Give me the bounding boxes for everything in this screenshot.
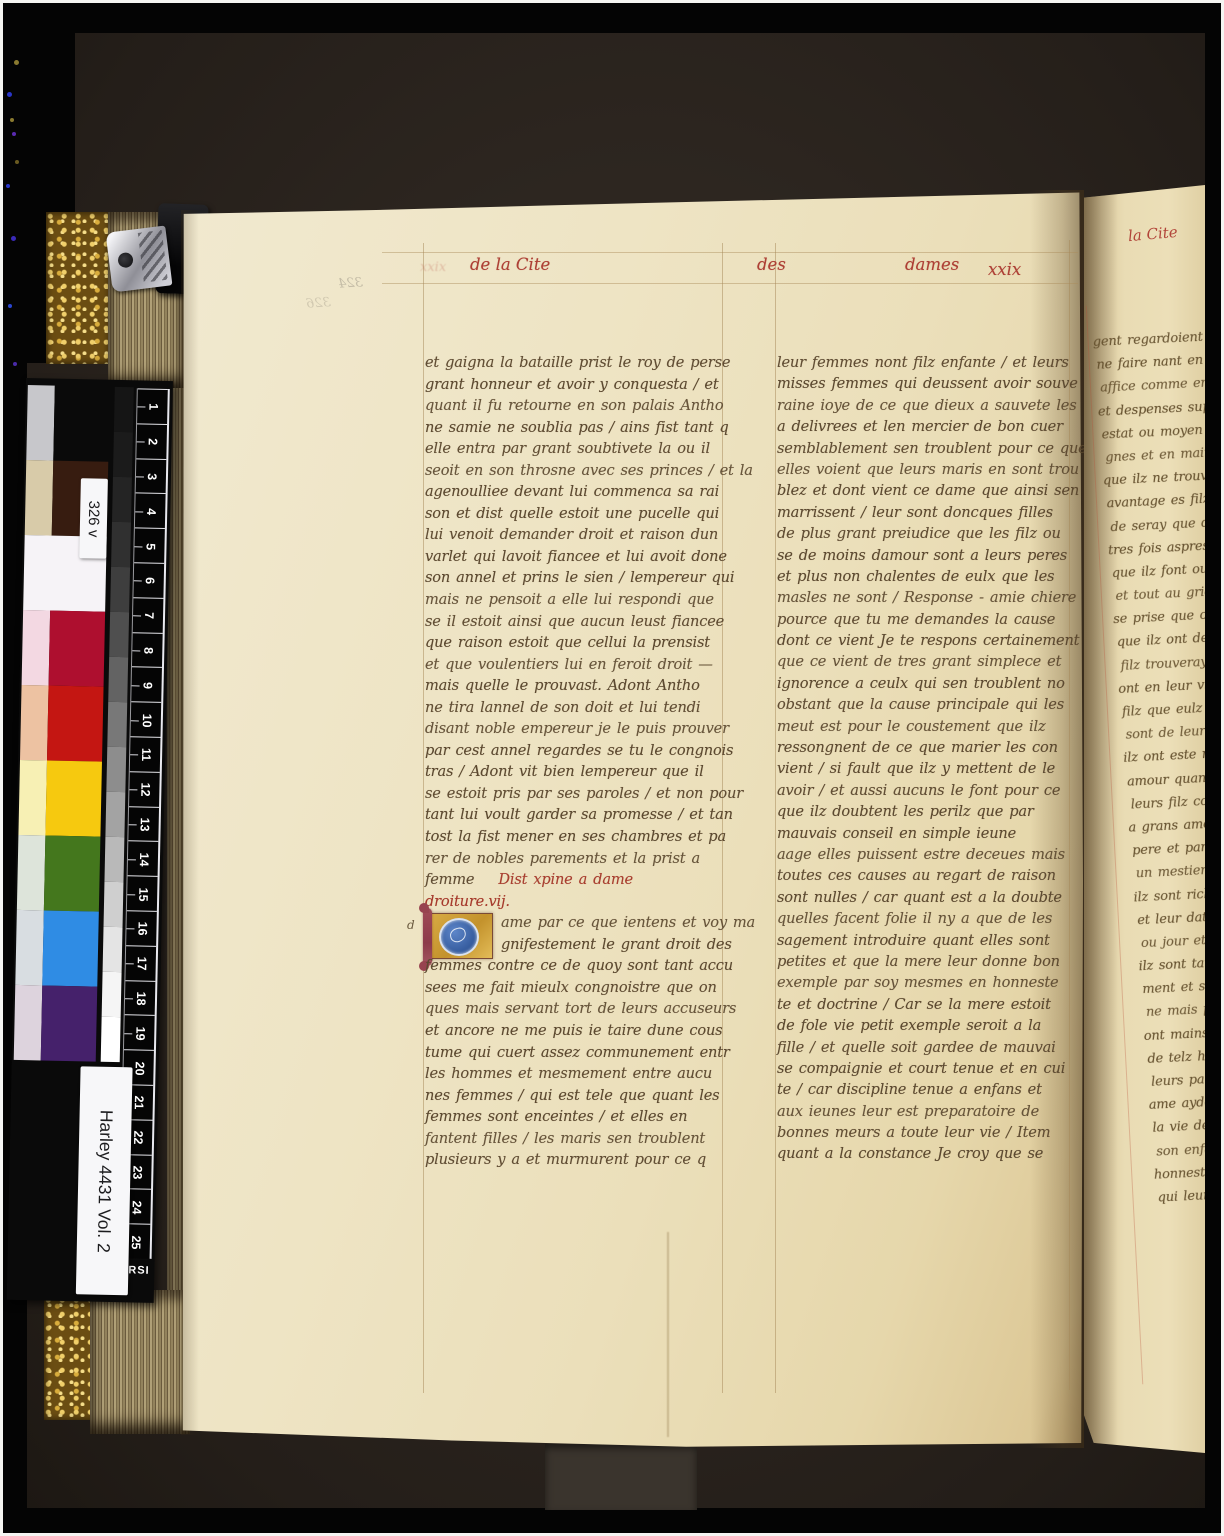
ruler-number: 12 <box>138 779 152 801</box>
ruler-cell: 18 <box>125 980 156 1016</box>
shelfmark-sticker: Harley 4431 Vol. 2 <box>76 1066 133 1295</box>
manuscript-line: semblablement sen troublent pour ce que <box>777 438 1077 459</box>
manuscript-line: sees me fait mieulx congnoistre que on <box>425 977 725 999</box>
ruling-line-col1-left <box>423 243 424 1393</box>
rubric-line: femmeDist xpine a dame <box>425 869 725 891</box>
parchment-crease <box>667 1232 669 1437</box>
manuscript-line: mais quelle le prouvast. Adont Antho <box>425 675 725 697</box>
film-speck <box>7 92 12 97</box>
manuscript-line: femmes sont enceintes / et elles en <box>425 1106 725 1128</box>
manuscript-line: tras / Adont vit bien lempereur que il <box>425 761 725 783</box>
ruling-line-col2-left <box>775 243 776 1393</box>
grayscale-step <box>113 432 133 477</box>
ruler-number: 24 <box>129 1196 143 1218</box>
ruler-number: 3 <box>145 465 159 487</box>
manuscript-line: aux ieunes leur est preparatoire de <box>777 1101 1077 1122</box>
facing-running-header: la Cite <box>1127 223 1178 245</box>
ruler-number: 11 <box>139 744 153 766</box>
manuscript-line: que ce vient de tres grant simplece et <box>777 651 1077 672</box>
ruler-cell: 14 <box>128 841 159 877</box>
color-patch-row <box>26 385 110 462</box>
ruler-number: 20 <box>132 1057 146 1079</box>
ruling-line-header-bottom <box>382 283 1078 284</box>
color-patch-row <box>17 835 101 912</box>
color-patch-row <box>18 760 102 837</box>
film-speck <box>8 304 12 308</box>
manuscript-line: et plus non chalentes de eulx que les <box>777 566 1077 587</box>
grayscale-step <box>102 972 122 1017</box>
grayscale-step <box>103 927 123 972</box>
color-patch-light <box>18 760 47 836</box>
manuscript-line: te et doctrine / Car se la mere estoit <box>777 994 1077 1015</box>
manuscript-line: tant lui voult garder sa promesse / et t… <box>425 804 725 826</box>
color-patch-dark <box>47 686 104 762</box>
manuscript-line: fantent filles / les maris sen troublent <box>425 1128 725 1150</box>
manuscript-line: mauvais conseil en simple ieune <box>777 823 1077 844</box>
ruler-number: 1 <box>146 396 160 418</box>
manuscript-line: varlet qui lavoit fiancee et lui avoit d… <box>425 546 725 568</box>
shelfmark-label: Harley 4431 Vol. 2 <box>92 1109 116 1252</box>
ruler-cell: 3 <box>136 458 167 494</box>
manuscript-line: mais ne pensoit a elle lui respondi que <box>425 589 725 611</box>
color-patch-light <box>14 985 43 1061</box>
erased-header-numeral: xxix <box>420 260 446 275</box>
ruler-cell: 13 <box>128 806 159 842</box>
grayscale-step <box>111 522 131 567</box>
grayscale-step <box>104 837 124 882</box>
manuscript-line: petites et que la mere leur donne bon <box>777 951 1077 972</box>
color-patch-light <box>20 685 49 761</box>
photo-frame-top <box>3 3 1221 34</box>
digitized-manuscript-photo: { "photo": { "frame_color": "#040404", "… <box>0 0 1224 1536</box>
grayscale-step <box>110 567 130 612</box>
photo-frame-right <box>1204 3 1221 1533</box>
color-patch-dark <box>45 761 102 837</box>
photo-frame-bottom <box>3 1506 1221 1533</box>
ruling-line-top <box>382 252 1078 253</box>
film-speck <box>10 118 14 122</box>
grayscale-step <box>101 1017 121 1062</box>
manuscript-line: ame par ce que ientens et voy ma <box>425 912 725 934</box>
folio-number-label: 326 v <box>85 500 103 537</box>
ruler-cell: 7 <box>133 597 164 633</box>
color-patch-light <box>22 610 51 686</box>
manuscript-line: seoit en son throsne avec ses princes / … <box>425 460 725 482</box>
manuscript-line: obstant que la cause principale qui les <box>777 694 1077 715</box>
manuscript-line: fille / et quelle soit gardee de mauvai <box>777 1037 1077 1058</box>
manuscript-line: elles voient que leurs maris en sont tro… <box>777 459 1077 480</box>
color-calibration-panel: 1234567891011121314151617181920212223242… <box>7 378 173 1303</box>
color-patch-light <box>17 835 46 911</box>
film-speck <box>13 362 17 366</box>
grayscale-step <box>112 477 132 522</box>
manuscript-line: agenoulliee devant lui commenca sa rai <box>425 481 725 503</box>
ruler-number: 7 <box>142 605 156 627</box>
initial-guide-letter: d <box>407 918 415 932</box>
manuscript-line: ignorence a ceulx qui sen troublent no <box>777 673 1077 694</box>
ruler-number: 9 <box>140 674 154 696</box>
manuscript-line: les hommes et mesmement entre aucu <box>425 1063 725 1085</box>
ruler-number: 6 <box>143 570 157 592</box>
manuscript-line: tume qui cuert assez communement entr <box>425 1042 725 1064</box>
ruler-number: 17 <box>135 953 149 975</box>
color-patch-dark <box>49 611 106 687</box>
ruler-number: 8 <box>141 639 155 661</box>
manuscript-line: disant noble empereur je le puis prouver <box>425 718 725 740</box>
manuscript-line: et gaigna la bataille prist le roy de pe… <box>425 352 725 374</box>
manuscript-line: gnifestement le grant droit des <box>425 934 725 956</box>
manuscript-line: son annel et prins le sien / lempereur q… <box>425 567 725 589</box>
ruler-number: 5 <box>143 535 157 557</box>
manuscript-line: raine ioye de ce que dieux a sauvete les <box>777 395 1077 416</box>
manuscript-line: misses femmes qui deussent avoir souve <box>777 373 1077 394</box>
manuscript-line: se de moins damour sont a leurs peres <box>777 545 1077 566</box>
manuscript-line: elle entra par grant soubtivete la ou il <box>425 438 725 460</box>
manuscript-line: bonnes meurs a toute leur vie / Item <box>777 1122 1077 1143</box>
ruler-number: 19 <box>133 1022 147 1044</box>
text-column-left: et gaigna la bataille prist le roy de pe… <box>425 352 725 1171</box>
manuscript-line: blez et dont vient ce dame que ainsi sen <box>777 480 1077 501</box>
ruler-number: 10 <box>140 709 154 731</box>
running-header-folio-numeral: xxix <box>988 260 1021 279</box>
manuscript-line: leur femmes nont filz enfante / et leurs <box>777 352 1077 373</box>
color-patch-row <box>14 985 98 1062</box>
manuscript-line: a delivrees et len mercier de bon cuer <box>777 416 1077 437</box>
manuscript-line: par cest annel regardes se tu le congnoi… <box>425 740 725 762</box>
manuscript-line: vient / si fault que ilz y mettent de le <box>777 758 1077 779</box>
ruler-number: 18 <box>134 987 148 1009</box>
manuscript-line: grant honneur et avoir y conquesta / et <box>425 374 725 396</box>
manuscript-line: quant a la constance Je croy que se <box>777 1143 1077 1164</box>
manuscript-line: son et dist quelle estoit une pucelle qu… <box>425 503 725 525</box>
color-patch-dark <box>42 910 99 986</box>
manuscript-line: droiture.vij. <box>425 891 725 913</box>
film-speck <box>12 132 16 136</box>
ruler-number: 21 <box>132 1092 146 1114</box>
manuscript-line: meut est pour le coustement que ilz <box>777 716 1077 737</box>
ruler-cell: 11 <box>130 736 161 772</box>
manuscript-line: quelles facent folie il ny a que de les <box>777 908 1077 929</box>
text-column-right: leur femmes nont filz enfante / et leurs… <box>777 352 1077 1165</box>
ruler-cell: 6 <box>133 562 164 598</box>
manuscript-line: de plus grant preiudice que les filz ou <box>777 523 1077 544</box>
ruler-cell: 17 <box>125 945 156 981</box>
book-strap <box>545 1444 697 1510</box>
grayscale-step <box>108 657 128 702</box>
running-header-part1: de la Cite <box>470 255 550 274</box>
color-patch-row <box>15 910 99 987</box>
color-patch-dark <box>41 985 98 1061</box>
ruler-cell: 2 <box>136 423 167 459</box>
gilt-binding-top <box>46 212 110 364</box>
film-speck <box>15 160 19 164</box>
page-left-shadow <box>181 210 199 1435</box>
ruler-number: 14 <box>137 848 151 870</box>
color-patch-dark <box>44 836 101 912</box>
manuscript-line: sagement introduire quant elles sont <box>777 930 1077 951</box>
ruler-number: 22 <box>131 1127 145 1149</box>
manuscript-line: dont ce vient Je te respons certainement <box>777 630 1077 651</box>
facing-page-sliver: la Cite gent regardoient bien ce que lne… <box>1084 185 1205 1453</box>
manuscript-line: que raison estoit que cellui la prensist <box>425 632 725 654</box>
film-speck <box>11 236 16 241</box>
grayscale-step <box>106 747 126 792</box>
manuscript-line: rer de nobles parements et la prist a <box>425 848 725 870</box>
color-patch-light <box>25 460 54 536</box>
manuscript-line: de fole vie petit exemple seroit a la <box>777 1015 1077 1036</box>
manuscript-line: quant il fu retourne en son palais Antho <box>425 395 725 417</box>
manuscript-line: masles ne sont / Response - amie chiere <box>777 587 1077 608</box>
running-header-part3: dames <box>905 255 959 274</box>
manuscript-line: toutes ces causes au regart de raison <box>777 865 1077 886</box>
film-speck <box>6 184 10 188</box>
manuscript-line: femmes contre ce de quoy sont tant accu <box>425 955 725 977</box>
grayscale-step <box>107 702 127 747</box>
ruler-number: 4 <box>144 500 158 522</box>
color-patch-light <box>15 910 44 986</box>
ruler-cell: 10 <box>130 701 161 737</box>
manuscript-line: pource que tu me demandes la cause <box>777 609 1077 630</box>
ruler-cell: 4 <box>135 493 166 529</box>
manuscript-line: se estoit pris par ses paroles / et non … <box>425 783 725 805</box>
running-header-part2: des <box>757 255 786 274</box>
manuscript-line: se il estoit ainsi que aucun leust fianc… <box>425 611 725 633</box>
ruler-cell: 16 <box>126 910 157 946</box>
ruler-number: 2 <box>145 431 159 453</box>
folio-number-sticker: 326 v <box>79 478 108 559</box>
manuscript-line: que ilz doubtent les perilz que par <box>777 801 1077 822</box>
manuscript-line: exemple par soy mesmes en honneste <box>777 972 1077 993</box>
manuscript-line: te / car discipline tenue a enfans et <box>777 1079 1077 1100</box>
color-patch-light <box>26 385 55 461</box>
ghost-foliation-lower: 326 <box>306 295 332 312</box>
manuscript-line: ques mais servant tort de leurs accuseur… <box>425 998 725 1020</box>
manuscript-line: se compaignie et court tenue et en cui <box>777 1058 1077 1079</box>
film-speck <box>14 60 19 65</box>
ruler-cell: 9 <box>131 667 162 703</box>
page-clip-metal-lever <box>106 226 173 293</box>
manuscript-line: et ancore ne me puis ie taire dune cous <box>425 1020 725 1042</box>
ruler-cell: 19 <box>124 1015 155 1051</box>
grayscale-step <box>105 792 125 837</box>
manuscript-line: lui venoit demander droit et raison dun <box>425 524 725 546</box>
manuscript-line: sont nulles / car quant est a la doubte <box>777 887 1077 908</box>
color-patch-dark <box>53 386 110 462</box>
ruler-number: 23 <box>130 1161 144 1183</box>
manuscript-line: plusieurs y a et murmurent pour ce q <box>425 1149 725 1171</box>
illuminated-initial-block: dame par ce que ientens et voy magnifest… <box>425 912 725 955</box>
ruler-number: 25 <box>129 1231 143 1253</box>
color-patch-row <box>20 685 104 762</box>
ruler-number: 13 <box>137 813 151 835</box>
rubric-prefix: femme <box>425 871 474 888</box>
fore-edge-bottom <box>90 1290 190 1434</box>
grayscale-step <box>114 387 134 432</box>
ruler-cell: 5 <box>134 528 165 564</box>
ruler-cell: 8 <box>132 632 163 668</box>
grayscale-step <box>104 882 124 927</box>
manuscript-line: marrissent / leur sont doncques filles <box>777 502 1077 523</box>
ruler-number: 15 <box>136 883 150 905</box>
manuscript-line: ne samie ne soublia pas / ains fist tant… <box>425 417 725 439</box>
ruler-cell: 15 <box>127 875 158 911</box>
color-patch-row <box>22 610 106 687</box>
manuscript-line: et que voulentiers lui en feroit droit — <box>425 654 725 676</box>
chapter-rubric: Dist xpine a dame <box>498 871 633 888</box>
manuscript-line: aage elles puissent estre deceues mais <box>777 844 1077 865</box>
grayscale-step <box>109 612 129 657</box>
ghost-foliation-upper: 324 <box>338 275 364 291</box>
ruler-cell: 1 <box>137 388 168 424</box>
manuscript-line: tost la fist mener en ses chambres et pa <box>425 826 725 848</box>
manuscript-line: avoir / et aussi aucuns le font pour ce <box>777 780 1077 801</box>
manuscript-line: nes femmes / qui est tele que quant les <box>425 1085 725 1107</box>
ruler-number: 16 <box>135 918 149 940</box>
ruler-cell: 12 <box>129 771 160 807</box>
manuscript-line: ressongnent de ce que marier les con <box>777 737 1077 758</box>
manuscript-line: ne tira lannel de son doit et lui tendi <box>425 697 725 719</box>
